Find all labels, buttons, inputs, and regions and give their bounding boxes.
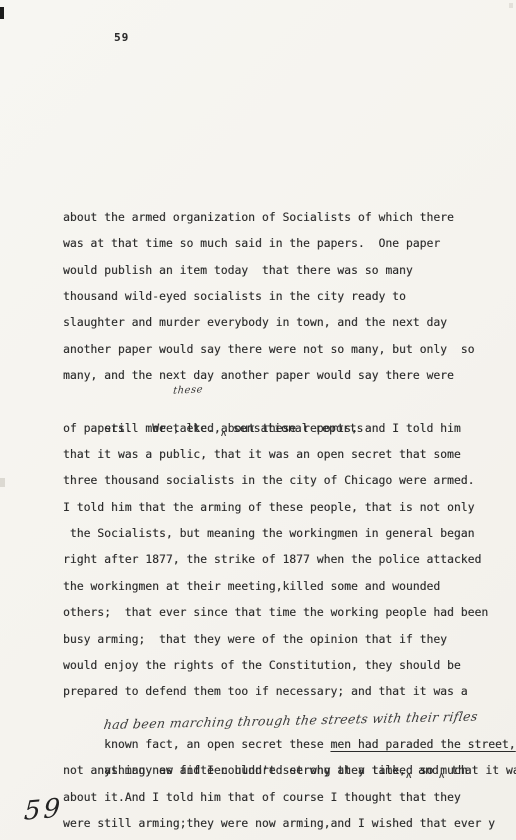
- typed-line: that it was a public, that it was an ope…: [63, 441, 513, 467]
- typed-line: were still arming;they were now arming,a…: [63, 810, 513, 836]
- typed-line: slaughter and murder everybody in town, …: [63, 309, 513, 335]
- typed-line: the workingmen at their meeting,killed s…: [63, 573, 513, 599]
- typed-line: thousand wild-eyed socialists in the cit…: [63, 283, 513, 309]
- scan-edge-mark: [0, 7, 4, 19]
- typed-line: right after 1877, the strike of 1877 whe…: [63, 546, 513, 572]
- typed-line: about the armed organization of Socialis…: [63, 204, 513, 230]
- typed-line: another paper would say there were not s…: [63, 336, 513, 362]
- typed-line: about it.And I told him that of course I…: [63, 784, 513, 810]
- typed-line: many, and the next day another paper wou…: [63, 362, 513, 388]
- typed-line: prepared to defend them too if necessary…: [63, 678, 513, 704]
- typed-line: others; that ever since that time the wo…: [63, 599, 513, 625]
- handwritten-page-number: 59: [23, 793, 64, 827]
- typed-line: would enjoy the rights of the Constituti…: [63, 652, 513, 678]
- typed-line: not anything new and I couldn't see why …: [63, 757, 513, 783]
- typed-text-block: about the armed organization of Socialis…: [63, 204, 513, 836]
- typed-line-with-insertion: still more, etc.,ʌ sensational reports t…: [63, 388, 513, 414]
- typed-line: I told him that the arming of these peop…: [63, 494, 513, 520]
- typed-line: would publish an item today that there w…: [63, 257, 513, 283]
- handwritten-insertion: these: [172, 378, 204, 406]
- typed-line: three thousand socialists in the city of…: [63, 467, 513, 493]
- typed-line-with-interlinear-insertion: known fact, an open secret these men had…: [63, 705, 513, 731]
- typed-page-number: 59: [114, 31, 129, 44]
- document-page: 59 about the armed organization of Socia…: [0, 0, 516, 840]
- scan-edge-mark: [509, 3, 513, 8]
- handwritten-interlinear-insertion: had been marching through the streets wi…: [103, 710, 479, 733]
- typed-line: the Socialists, but meaning the workingm…: [63, 520, 513, 546]
- typed-line: was at that time so much said in the pap…: [63, 230, 513, 256]
- typed-line: busy arming; that they were of the opini…: [63, 626, 513, 652]
- scan-edge-mark: [0, 478, 5, 487]
- typed-line: of papers. We talked about these reports…: [63, 415, 513, 441]
- typed-line-with-carets: as many as fifteen hundred strong at a t…: [63, 731, 513, 757]
